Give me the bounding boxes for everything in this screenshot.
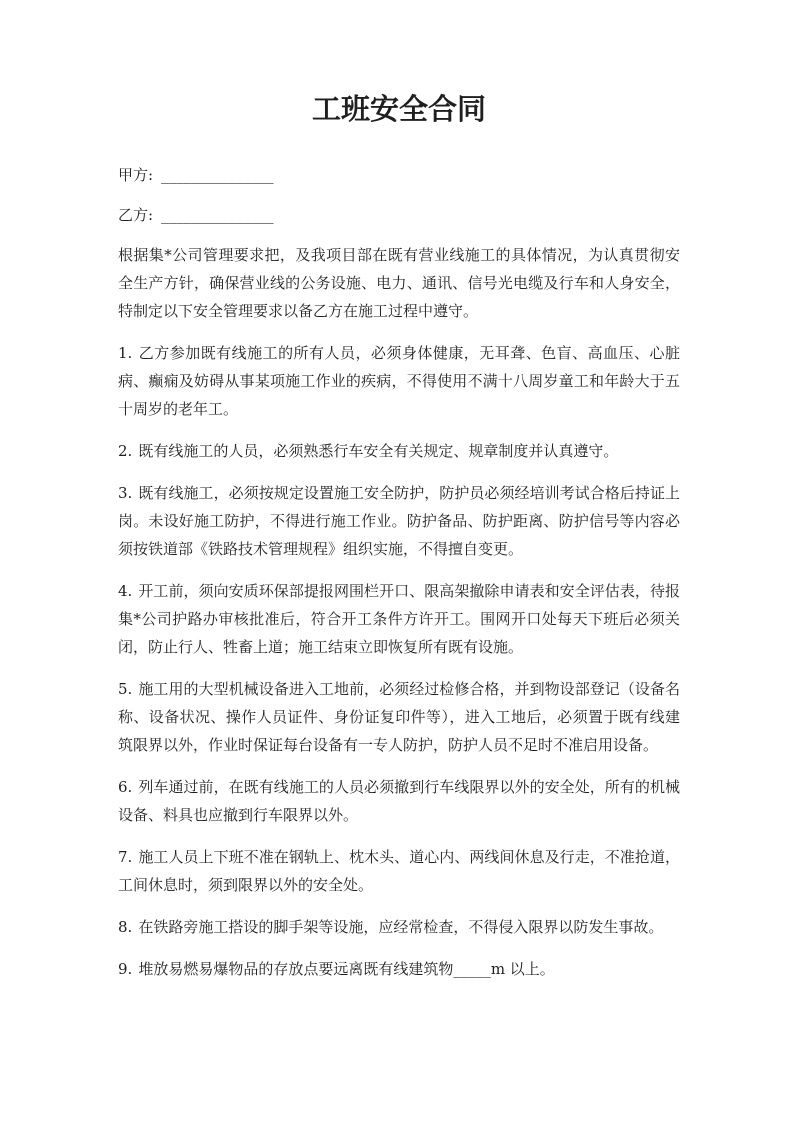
clause-paragraph-3: 3.既有线施工，必须按规定设置施工安全防护，防护员必须经培训考试合格后持证上岗。… [118,479,680,563]
clause-paragraph-4: 4.开工前，须向安质环保部提报网围栏开口、限高架撤除申请表和安全评估表，待报集*… [118,577,680,661]
clause-text-9: 堆放易燃易爆物品的存放点要远离既有线建筑物_____m 以上。 [138,960,555,978]
contract-document-page: 工班安全合同 甲方:_______________ 乙方:___________… [0,0,793,1122]
clause-text-5: 施工用的大型机械设备进入工地前，必须经过检修合格，并到物设部登记（设备名称、设备… [118,680,680,754]
party-a-line: 甲方:_______________ [118,161,680,189]
clause-number-5: 5. [118,680,132,698]
clause-text-3: 既有线施工，必须按规定设置施工安全防护，防护员必须经培训考试合格后持证上岗。未设… [118,484,680,558]
clause-text-7: 施工人员上下班不准在钢轨上、枕木头、道心内、两线间休息及行走，不准抢道，工间休息… [118,848,680,894]
clause-paragraph-6: 6.列车通过前，在既有线施工的人员必须撤到行车线限界以外的安全处，所有的机械设备… [118,773,680,829]
clause-number-1: 1. [118,344,132,362]
clause-number-9: 9. [118,960,132,978]
clause-number-4: 4. [118,582,132,600]
clause-paragraph-2: 2.既有线施工的人员，必须熟悉行车安全有关规定、规章制度并认真遵守。 [118,437,680,465]
clause-paragraph-8: 8.在铁路旁施工搭设的脚手架等设施，应经常检查，不得侵入限界以防发生事故。 [118,913,680,941]
document-title: 工班安全合同 [118,90,680,129]
clause-number-3: 3. [118,484,132,502]
clause-text-1: 乙方参加既有线施工的所有人员，必须身体健康，无耳聋、色盲、高血压、心脏病、癫痫及… [118,344,680,418]
intro-paragraph: 根据集*公司管理要求把，及我项目部在既有营业线施工的具体情况，为认真贯彻安全生产… [118,241,680,325]
clause-paragraph-7: 7.施工人员上下班不准在钢轨上、枕木头、道心内、两线间休息及行走，不准抢道，工间… [118,843,680,899]
party-b-line: 乙方:_______________ [118,201,680,229]
clause-number-8: 8. [118,918,132,936]
party-b-blank: _______________ [161,206,274,224]
party-a-blank: _______________ [161,166,274,184]
clause-text-4: 开工前，须向安质环保部提报网围栏开口、限高架撤除申请表和安全评估表，待报集*公司… [118,582,680,656]
clause-paragraph-9: 9.堆放易燃易爆物品的存放点要远离既有线建筑物_____m 以上。 [118,955,680,983]
clause-number-2: 2. [118,442,132,460]
clause-number-7: 7. [118,848,132,866]
clause-paragraph-5: 5.施工用的大型机械设备进入工地前，必须经过检修合格，并到物设部登记（设备名称、… [118,675,680,759]
party-b-label: 乙方: [118,206,153,224]
party-a-label: 甲方: [118,166,153,184]
clause-text-2: 既有线施工的人员，必须熟悉行车安全有关规定、规章制度并认真遵守。 [138,442,618,460]
clause-text-8: 在铁路旁施工搭设的脚手架等设施，应经常检查，不得侵入限界以防发生事故。 [138,918,663,936]
clause-paragraph-1: 1.乙方参加既有线施工的所有人员，必须身体健康，无耳聋、色盲、高血压、心脏病、癫… [118,339,680,423]
clause-number-6: 6. [118,778,132,796]
clause-text-6: 列车通过前，在既有线施工的人员必须撤到行车线限界以外的安全处，所有的机械设备、料… [118,778,680,824]
